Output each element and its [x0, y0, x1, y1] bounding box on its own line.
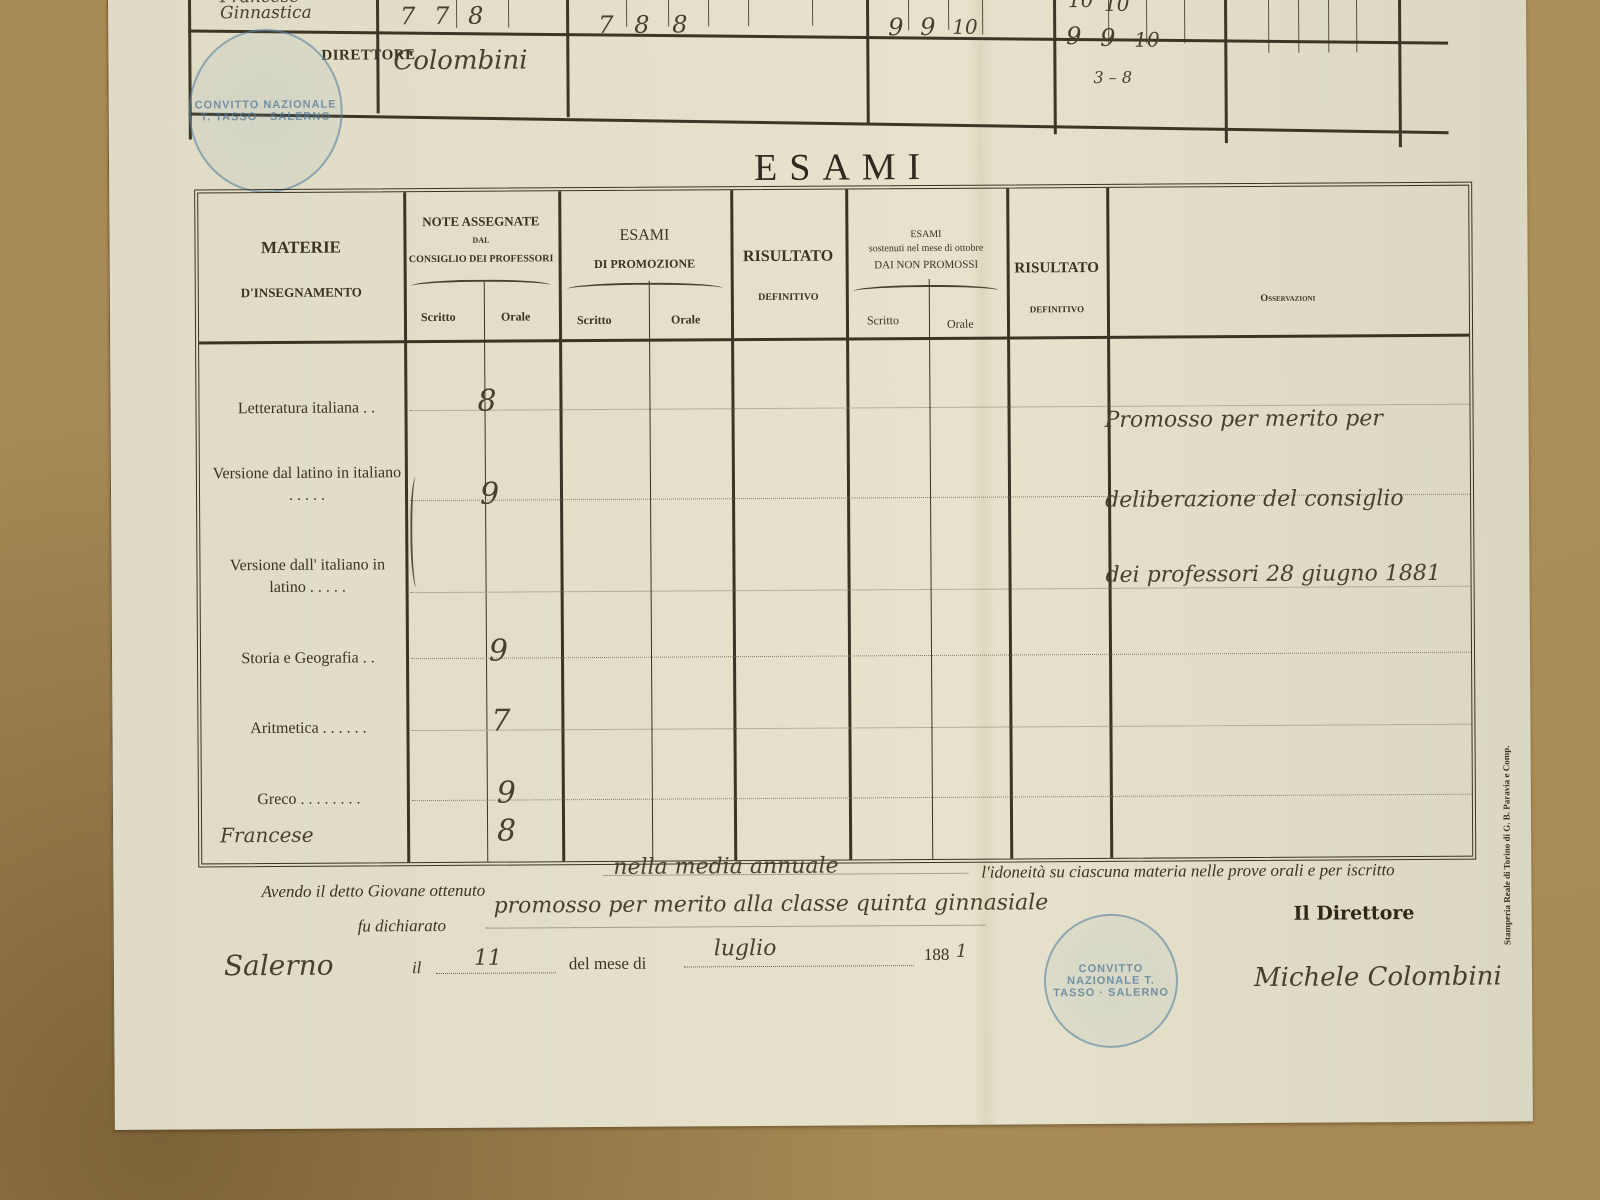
subject-francese: Francese [220, 823, 314, 848]
header-esami-promozione: ESAMI [558, 226, 730, 245]
top-mark: 7 [434, 2, 449, 30]
year-hand: 1 [956, 941, 968, 962]
header-materie: MATERIE [198, 237, 403, 258]
footer-line2-prefix: fu dichiarato [358, 916, 446, 937]
header-orale: Orale [501, 309, 530, 324]
header-orale: Orale [947, 317, 974, 332]
footer-year-prefix: 188 [924, 945, 950, 965]
top-mark: 9 [888, 13, 903, 41]
footer-line1-prefix: Avendo il detto Giovane ottenuto [261, 881, 485, 902]
footer-line2-hand: promosso per merito alla classe quinta g… [493, 890, 1048, 918]
header-note-dal: DAL [403, 235, 558, 245]
header-materie-sub: D'INSEGNAMENTO [199, 284, 404, 301]
header-osservazioni: Osservazioni [1107, 292, 1469, 305]
top-mark: 8 [468, 2, 483, 30]
grade-francese: 8 [497, 814, 516, 849]
observation-line-2: deliberazione del consiglio [1105, 486, 1404, 513]
director-signature: Michele Colombini [1254, 961, 1502, 993]
header-sostenuti: sostenuti nel mese di ottobre [846, 243, 1007, 255]
header-definitivo: DEFINITIVO [731, 291, 846, 303]
subject-versione-latino-italiano: Versione dal latino in italiano . . . . … [212, 462, 402, 507]
place-hand: Salerno [224, 949, 334, 983]
header-risultato-2: RISULTATO [1007, 260, 1107, 278]
top-mark: 9 [1066, 22, 1081, 50]
top-mark: 9 [1100, 24, 1115, 52]
top-mark: 8 [672, 10, 687, 38]
grades-table-top: Francese Ginnastica 7 7 8 7 8 8 10 10 9 … [188, 0, 1449, 150]
header-scritto: Scritto [421, 310, 456, 325]
school-stamp-top: CONVITTO NAZIONALE T. TASSO · SALERNO [188, 29, 343, 194]
footer-del-mese-di: del mese di [569, 954, 647, 974]
top-mark: 10 [1134, 28, 1160, 52]
header-consiglio: CONSIGLIO DEI PROFESSORI [404, 253, 559, 265]
header-note-assegnate: NOTE ASSEGNATE [403, 213, 558, 230]
subject-storia-geografia: Storia e Geografia . . [213, 647, 403, 670]
director-signature-top: Colombini [393, 45, 527, 76]
school-stamp-bottom: CONVITTO NAZIONALE T. TASSO · SALERNO [1044, 913, 1179, 1048]
grade-aritmetica: 7 [491, 704, 510, 739]
top-mark: 10 [1104, 0, 1130, 16]
top-mark: 8 [634, 11, 649, 39]
stamp-text: CONVITTO NAZIONALE T. TASSO · SALERNO [191, 99, 341, 124]
top-mark: 7 [400, 2, 415, 30]
top-mark: 10 [1068, 0, 1094, 12]
top-mark: 10 [952, 15, 978, 39]
exam-table: MATERIE D'INSEGNAMENTO NOTE ASSEGNATE DA… [194, 182, 1476, 868]
observation-line-3: dei professori 28 giugno 1881 [1105, 561, 1440, 588]
printer-credit: Stamperia Reale di Torino di G. B. Parav… [1502, 745, 1513, 945]
note-3-8: 3 – 8 [1093, 68, 1132, 87]
subject-letteratura-italiana: Letteratura italiana . . [211, 397, 401, 420]
day-hand: 11 [474, 946, 502, 971]
grade-versione: 9 [480, 477, 499, 512]
footer-line1-hand: nella media annuale [613, 854, 838, 880]
subject-ginnastica-top: Ginnastica [220, 3, 312, 24]
observation-line-1: Promosso per merito per [1105, 406, 1383, 433]
footer-il: il [412, 958, 422, 978]
section-title-esami: ESAMI [754, 145, 932, 190]
stamp-text: CONVITTO NAZIONALE T. TASSO · SALERNO [1046, 962, 1176, 999]
grade-brace [410, 477, 423, 587]
grade-greco: 9 [497, 776, 516, 811]
grade-storia: 9 [489, 634, 508, 669]
header-orale: Orale [671, 312, 700, 327]
header-risultato: RISULTATO [731, 247, 846, 266]
subject-greco: Greco . . . . . . . . [214, 788, 404, 811]
subject-aritmetica: Aritmetica . . . . . . [213, 717, 403, 740]
header-di-promozione: DI PROMOZIONE [559, 256, 731, 272]
header-scritto: Scritto [867, 313, 899, 328]
header-definitivo-2: DEFINITIVO [1007, 304, 1107, 315]
document-sheet: Francese Ginnastica 7 7 8 7 8 8 10 10 9 … [107, 0, 1533, 1130]
top-mark: 9 [920, 13, 935, 41]
grade-letteratura: 8 [477, 384, 496, 419]
header-non-promossi: DAI NON PROMOSSI [846, 259, 1007, 272]
header-esami-ottobre: ESAMI [845, 229, 1006, 241]
director-title: Il Direttore [1294, 902, 1415, 925]
month-hand: luglio [714, 936, 777, 961]
top-mark: 7 [598, 11, 613, 39]
header-scritto: Scritto [577, 313, 612, 328]
footer-line1-suffix: l'idoneità su ciascuna materia nelle pro… [981, 860, 1394, 883]
subject-versione-italiano-latino: Versione dall' italiano in latino . . . … [212, 554, 402, 599]
